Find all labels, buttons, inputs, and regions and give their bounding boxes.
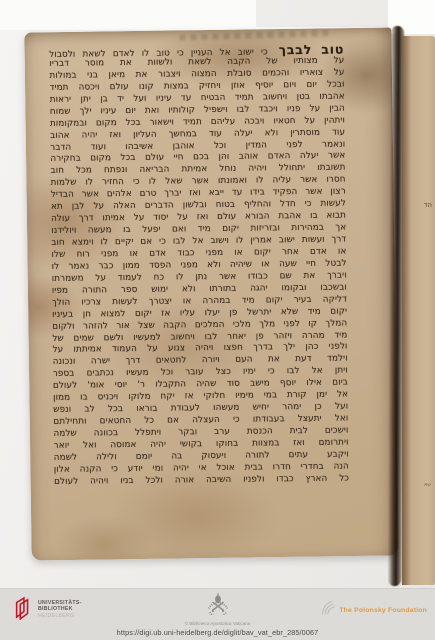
sliver-marginal-text: הד <box>424 201 432 209</box>
digitized-manuscript-page: טוב לבבך כי ישוב אל העניין כי טוב לו לאד… <box>0 0 435 640</box>
polonsky-foundation-logo: The Polonsky Foundation <box>321 599 427 621</box>
manuscript-photo: טוב לבבך כי ישוב אל העניין כי טוב לו לאד… <box>0 0 435 588</box>
footer-bar: UNIVERSITÄTS- BIBLIOTHEK HEIDELBERG © Bi… <box>0 588 435 640</box>
backdrop-slip-left <box>0 0 256 30</box>
sliver-marginal-text-lower: שא <box>424 482 431 488</box>
manuscript-line: כל הארץ כבדו ולפניו השיבה אורה ולכל בניו… <box>54 473 349 488</box>
manuscript-page: טוב לבבך כי ישוב אל העניין כי טוב לו לאד… <box>24 27 398 560</box>
vatican-copyright: © Biblioteca Apostolica Vaticana <box>185 621 251 626</box>
polonsky-label: The Polonsky Foundation <box>339 607 427 614</box>
polonsky-arcs-icon <box>321 599 336 621</box>
source-url: https://digi.ub.uni-heidelberg.de/diglit… <box>117 628 319 637</box>
faint-annotation <box>179 30 329 41</box>
manuscript-text: טוב לבבך כי ישוב אל העניין כי טוב לו לאד… <box>49 44 349 489</box>
facing-page-sliver: הד שא <box>402 36 435 585</box>
vatican-seal-icon <box>204 591 232 620</box>
